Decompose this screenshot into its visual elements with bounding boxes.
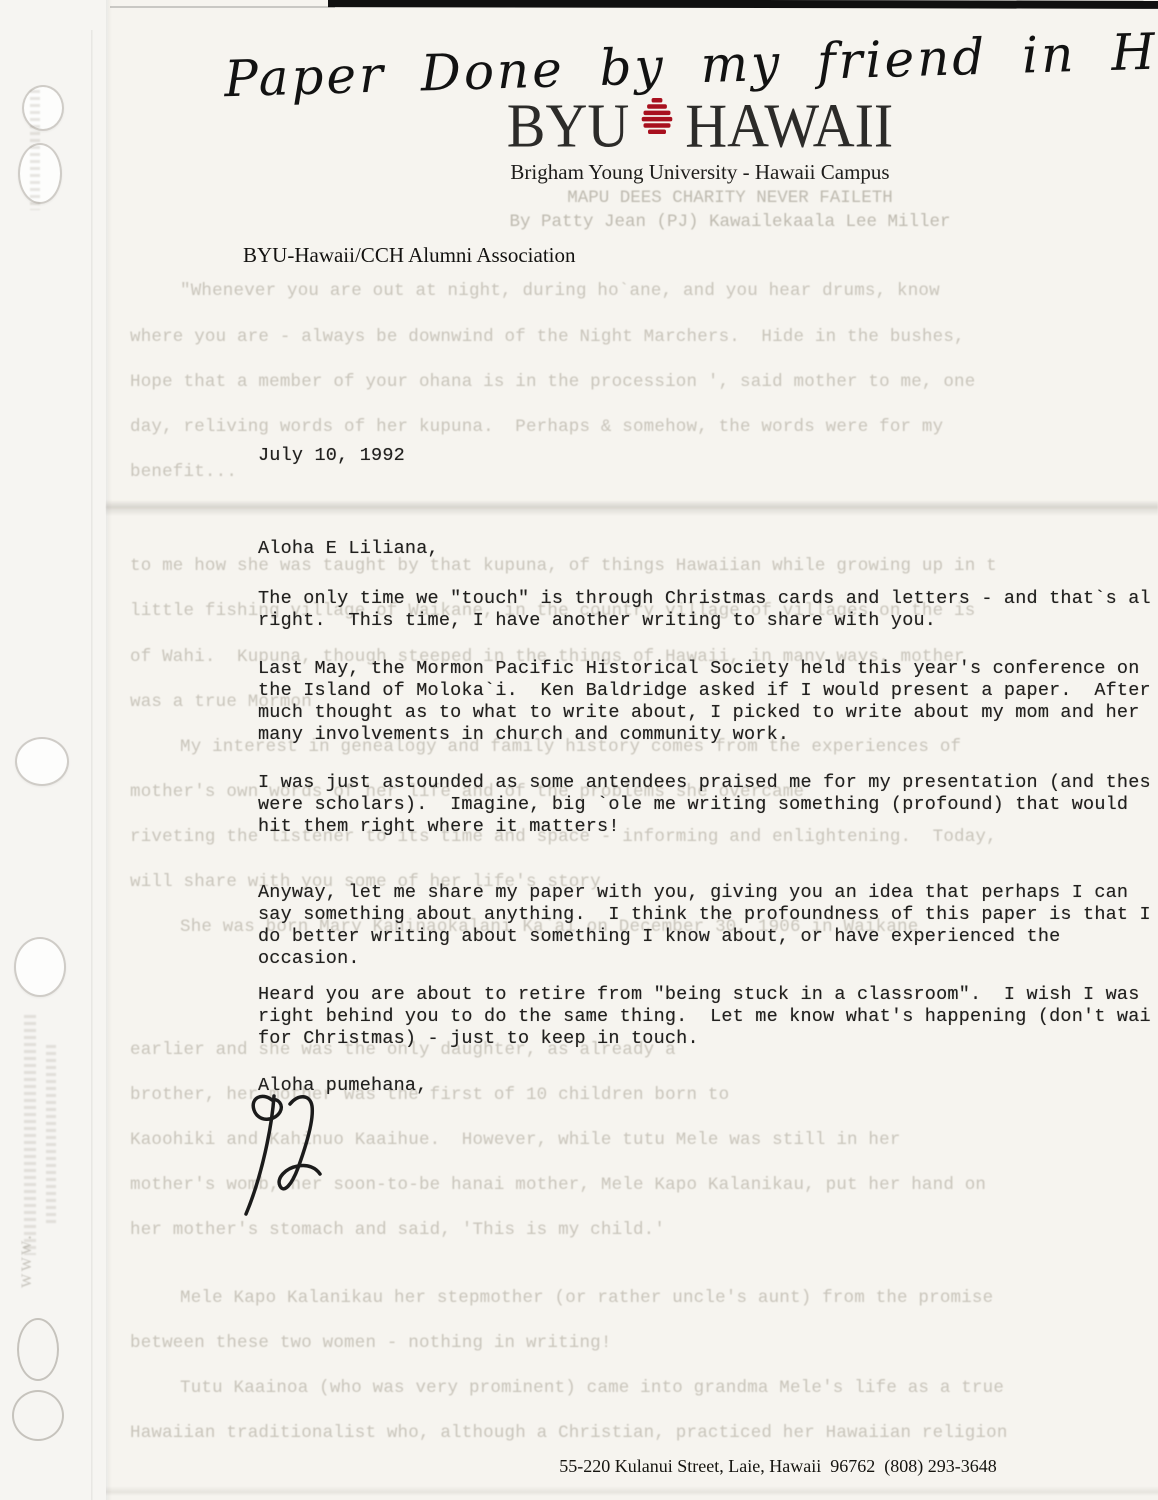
beehive-icon bbox=[639, 96, 675, 141]
watermark-streak bbox=[46, 1045, 56, 1225]
byu-hawaii-logo: BYU HAWAII bbox=[420, 96, 980, 155]
ghost-text-line: her mother's stomach and said, 'This is … bbox=[130, 1220, 665, 1240]
ghost-text-line: By Patty Jean (PJ) Kawailekaala Lee Mill… bbox=[300, 212, 1158, 232]
alumni-association-line: BYU-Hawaii/CCH Alumni Association bbox=[243, 243, 576, 268]
ghost-text-line: day, reliving words of her kupuna. Perha… bbox=[130, 417, 943, 437]
scanned-letter-page: MAPU DEES CHARITY NEVER FAILETH By Patty… bbox=[0, 0, 1158, 1500]
logo-text-byu: BYU bbox=[507, 94, 629, 157]
ghost-text-line: Mele Kapo Kalanikau her stepmother (or r… bbox=[180, 1288, 993, 1308]
body-paragraph: Anyway, let me share my paper with you, … bbox=[258, 882, 1151, 970]
fold-crease bbox=[106, 500, 1158, 516]
ghost-text-line: Hawaiian traditionalist who, although a … bbox=[130, 1423, 1008, 1443]
scan-top-edge-faint bbox=[110, 6, 335, 8]
ghost-text-line: benefit... bbox=[130, 462, 237, 482]
hole-punch bbox=[18, 143, 62, 204]
signature-handwritten bbox=[228, 1086, 348, 1226]
ghost-text-line: between these two women - nothing in wri… bbox=[130, 1333, 612, 1353]
ghost-text-line: brother, her mother was the first of 10 … bbox=[130, 1085, 729, 1105]
hole-punch bbox=[17, 1318, 59, 1381]
bottom-crease bbox=[106, 1486, 1158, 1496]
body-paragraph: Heard you are about to retire from "bein… bbox=[258, 984, 1151, 1050]
hole-punch bbox=[12, 1390, 64, 1441]
footer-address: 55-220 Kulanui Street, Laie, Hawaii 9676… bbox=[418, 1456, 1138, 1477]
body-paragraph: The only time we "touch" is through Chri… bbox=[258, 588, 1151, 632]
scan-top-edge bbox=[328, 0, 1158, 9]
hole-punch bbox=[14, 937, 66, 997]
ghost-text-line: where you are - always be downwind of th… bbox=[130, 327, 965, 347]
ghost-text-line: MAPU DEES CHARITY NEVER FAILETH bbox=[300, 188, 1158, 208]
watermark-streak bbox=[30, 90, 40, 210]
paper-left-edge bbox=[106, 0, 112, 1500]
watermark-streak bbox=[24, 1015, 36, 1255]
ghost-text-line: Tutu Kaainoa (who was very prominent) ca… bbox=[180, 1378, 1004, 1398]
body-paragraph: I was just astounded as some antendees p… bbox=[258, 772, 1151, 838]
salutation: Aloha E Liliana, bbox=[258, 538, 439, 560]
date-line: July 10, 1992 bbox=[258, 445, 405, 467]
hole-punch bbox=[22, 85, 64, 131]
hole-punch bbox=[15, 737, 69, 786]
ghost-text-line: Hope that a member of your ohana is in t… bbox=[130, 372, 975, 392]
letterhead-subtitle: Brigham Young University - Hawaii Campus bbox=[420, 160, 980, 185]
vertical-crease bbox=[91, 30, 93, 1500]
logo-text-hawaii: HAWAII bbox=[685, 94, 893, 157]
body-paragraph: Last May, the Mormon Pacific Historical … bbox=[258, 658, 1151, 746]
ghost-text-line: "Whenever you are out at night, during h… bbox=[180, 281, 940, 301]
